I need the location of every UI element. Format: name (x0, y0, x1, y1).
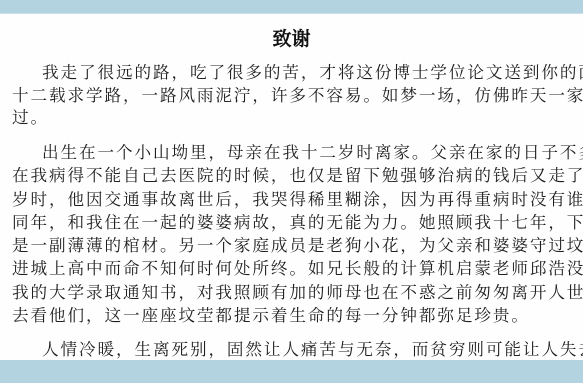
paragraph-2-line-4: 同年，和我住在一起的婆婆病故，真的无能为力。她照顾我十七年，下葬时却仅 (12, 212, 572, 234)
paragraph-2-line-7: 我的大学录取通知书，对我照顾有加的师母也在不惑之前匆匆离开人世。每次回 (12, 282, 572, 304)
paragraph-2-line-5: 是一副薄薄的棺材。另一个家庭成员是老狗小花，为父亲和婆婆守过坟，后因我 (12, 235, 572, 257)
paragraph-2-line-3: 岁时，他因交通事故离世后，我哭得稀里糊涂，因为再得重病时没有谁来管我了。 (12, 189, 572, 211)
paragraph-2-line-8: 去看他们，这一座座坟茔都提示着生命的每一分钟都弥足珍贵。 (12, 305, 572, 327)
paragraph-1-line-3: 过。 (12, 107, 572, 129)
paragraph-2-line-1: 出生在一个小山坳里，母亲在我十二岁时离家。父亲在家的日子不多，即便 (42, 142, 572, 164)
paragraph-2-line-6: 进城上高中而命不知何时何处所终。如兄长般的计算机启蒙老师邱浩没能看到 (12, 258, 572, 280)
paragraph-2-line-2: 在我病得不能自己去医院的时候，也仅是留下勉强够治病的钱后又走了。我十七 (12, 165, 572, 187)
page-title: 致谢 (0, 27, 583, 51)
paragraph-1-line-2: 十二载求学路，一路风雨泥泞，许多不容易。如梦一场，仿佛昨天一家人才团聚 (12, 85, 572, 107)
bottom-border-band (0, 360, 583, 383)
top-border-band (0, 0, 583, 14)
paragraph-1-line-1: 我走了很远的路，吃了很多的苦，才将这份博士学位论文送到你的面前。二 (42, 62, 572, 84)
paragraph-3-line-1: 人情冷暖，生离死别，固然让人痛苦与无奈，而贫穷则可能让人失去希望。 (42, 339, 572, 361)
